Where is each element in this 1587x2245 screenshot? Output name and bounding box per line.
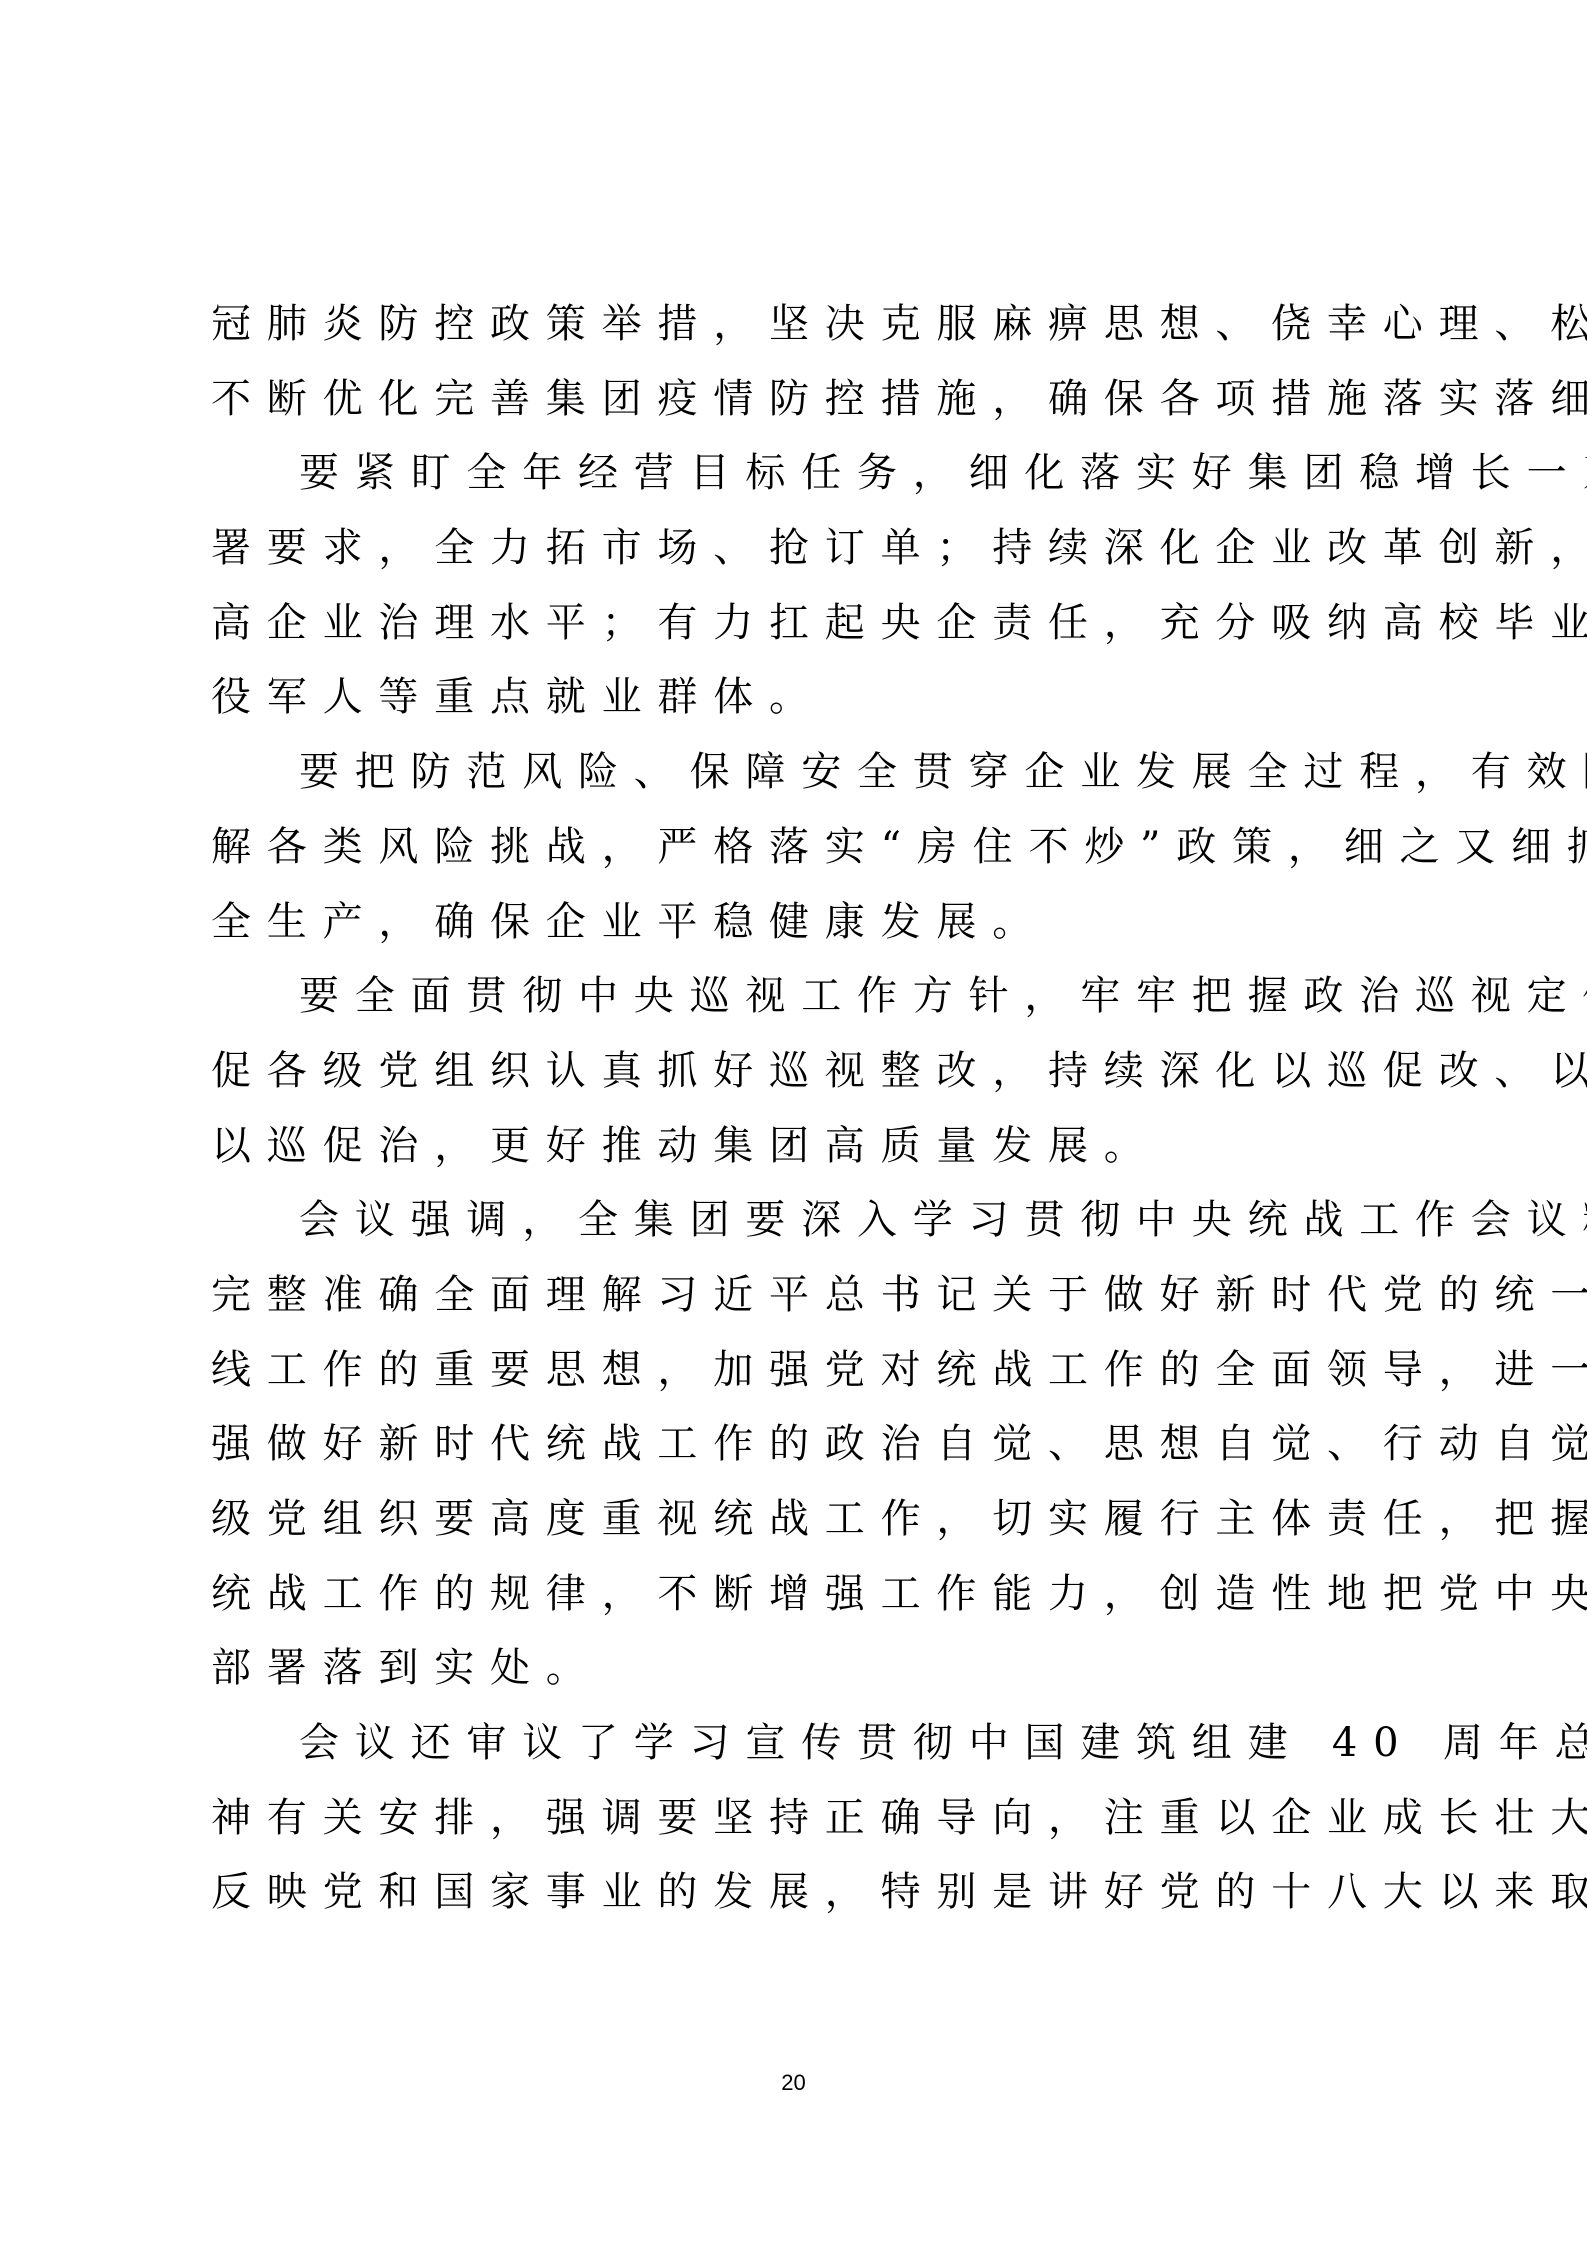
text-line: 全生产，确保企业平稳健康发展。 xyxy=(211,885,1389,960)
text-line: 冠肺炎防控政策举措，坚决克服麻痹思想、侥幸心理、松劲心态， xyxy=(211,287,1389,362)
text-line: 反映党和国家事业的发展，特别是讲好党的十八大以来取得的历 xyxy=(211,1855,1389,1930)
paragraph-epidemic-control: 冠肺炎防控政策举措，坚决克服麻痹思想、侥幸心理、松劲心态， 不断优化完善集团疫情… xyxy=(211,287,1389,436)
text-line: 要全面贯彻中央巡视工作方针，牢牢把握政治巡视定位，督 xyxy=(211,959,1389,1034)
text-line: 解各类风险挑战，严格落实“房住不炒”政策，细之又细抓好安 xyxy=(211,810,1389,885)
text-line: 要紧盯全年经营目标任务，细化落实好集团稳增长一系列部 xyxy=(211,436,1389,511)
text-line: 以巡促治，更好推动集团高质量发展。 xyxy=(211,1109,1389,1184)
text-line: 部署落到实处。 xyxy=(211,1631,1389,1706)
text-line: 级党组织要高度重视统战工作，切实履行主体责任，把握做好 xyxy=(211,1482,1389,1557)
text-line: 会议强调，全集团要深入学习贯彻中央统战工作会议精神， xyxy=(211,1183,1389,1258)
text-line: 役军人等重点就业群体。 xyxy=(211,660,1389,735)
document-page: 冠肺炎防控政策举措，坚决克服麻痹思想、侥幸心理、松劲心态， 不断优化完善集团疫情… xyxy=(0,0,1587,2245)
text-line: 不断优化完善集团疫情防控措施，确保各项措施落实落细。 xyxy=(211,362,1389,437)
text-line: 促各级党组织认真抓好巡视整改，持续深化以巡促改、以巡促建、 xyxy=(211,1034,1389,1109)
text-line: 署要求，全力拓市场、抢订单；持续深化企业改革创新，不断提 xyxy=(211,511,1389,586)
text-line: 完整准确全面理解习近平总书记关于做好新时代党的统一战 xyxy=(211,1258,1389,1333)
text-line: 要把防范风险、保障安全贯穿企业发展全过程，有效防范化 xyxy=(211,735,1389,810)
text-line: 统战工作的规律，不断增强工作能力，创造性地把党中央决策 xyxy=(211,1557,1389,1632)
paragraph-risk-prevention: 要把防范风险、保障安全贯穿企业发展全过程，有效防范化 解各类风险挑战，严格落实“… xyxy=(211,735,1389,959)
text-line: 会议还审议了学习宣传贯彻中国建筑组建 40 周年总结会精 xyxy=(211,1706,1389,1781)
text-line: 高企业治理水平；有力扛起央企责任，充分吸纳高校毕业生、退 xyxy=(211,586,1389,661)
text-line: 强做好新时代统战工作的政治自觉、思想自觉、行动自觉；各 xyxy=(211,1407,1389,1482)
paragraph-40th-anniversary: 会议还审议了学习宣传贯彻中国建筑组建 40 周年总结会精 神有关安排，强调要坚持… xyxy=(211,1706,1389,1930)
paragraph-united-front: 会议强调，全集团要深入学习贯彻中央统战工作会议精神， 完整准确全面理解习近平总书… xyxy=(211,1183,1389,1706)
text-line: 神有关安排，强调要坚持正确导向，注重以企业成长壮大的历程 xyxy=(211,1781,1389,1856)
text-line: 线工作的重要思想，加强党对统战工作的全面领导，进一步增 xyxy=(211,1333,1389,1408)
page-number: 20 xyxy=(0,2070,1587,2096)
paragraph-inspection-work: 要全面贯彻中央巡视工作方针，牢牢把握政治巡视定位，督 促各级党组织认真抓好巡视整… xyxy=(211,959,1389,1183)
paragraph-business-targets: 要紧盯全年经营目标任务，细化落实好集团稳增长一系列部 署要求，全力拓市场、抢订单… xyxy=(211,436,1389,735)
body-text: 冠肺炎防控政策举措，坚决克服麻痹思想、侥幸心理、松劲心态， 不断优化完善集团疫情… xyxy=(211,287,1389,1930)
